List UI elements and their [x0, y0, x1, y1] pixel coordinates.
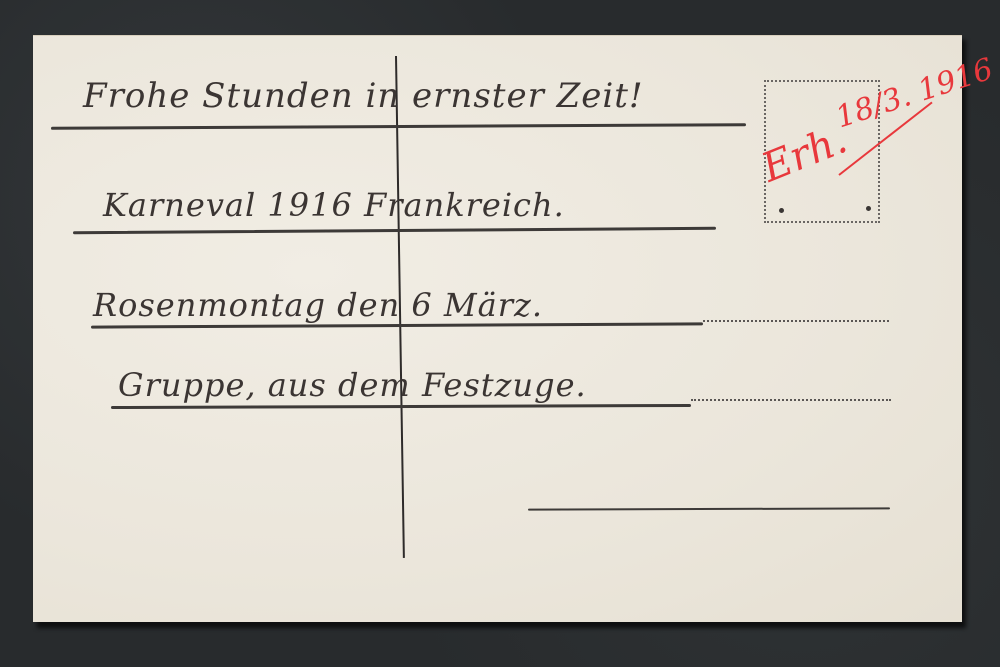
message-line-3: Rosenmontag den 6 März.	[93, 286, 543, 324]
message-rule-1	[51, 123, 746, 130]
message-rule-2	[73, 227, 716, 234]
received-note-date: 18/3. 1916	[832, 52, 998, 136]
address-line-3	[528, 507, 890, 510]
stamp-dot-right	[866, 206, 871, 211]
postcard: Frohe Stunden in ernster Zeit! Karneval …	[33, 35, 962, 622]
message-line-2: Karneval 1916 Frankreich.	[103, 186, 565, 224]
stamp-dot-left	[779, 208, 784, 213]
address-line-1	[703, 320, 889, 322]
message-line-4: Gruppe, aus dem Festzuge.	[118, 366, 587, 404]
message-line-1: Frohe Stunden in ernster Zeit!	[83, 76, 644, 116]
address-line-2	[691, 399, 891, 401]
